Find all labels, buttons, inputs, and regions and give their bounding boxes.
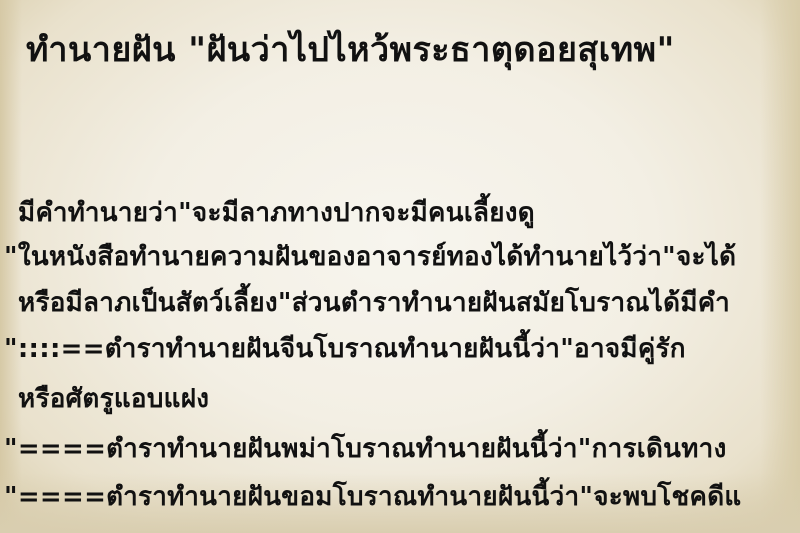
page-title: ทำนายฝัน "ฝันว่าไปไหว้พระธาตุดอยสุเทพ": [26, 22, 675, 76]
text-line-1: มีคำทำนายว่า"จะมีลาภทางปากจะมีคนเลี้ยงดู: [18, 192, 535, 233]
text-line-7: "====ตำราทำนายฝันขอมโบราณทำนายฝันนี้ว่า"…: [4, 476, 741, 517]
text-line-5: หรือศัตรูแอบแฝง: [18, 378, 209, 419]
text-line-3: หรือมีลาภเป็นสัตว์เลี้ยง"ส่วนตำราทำนายฝั…: [18, 282, 730, 323]
parchment-edge-right: [760, 0, 800, 533]
text-line-2: "ในหนังสือทำนายความฝันของอาจารย์ทองได้ทำ…: [4, 236, 736, 277]
text-line-4: "::::==ตำราทำนายฝันจีนโบราณทำนายฝันนี้ว่…: [4, 328, 686, 369]
text-line-6: "====ตำราทำนายฝันพม่าโบราณทำนายฝันนี้ว่า…: [4, 428, 727, 469]
